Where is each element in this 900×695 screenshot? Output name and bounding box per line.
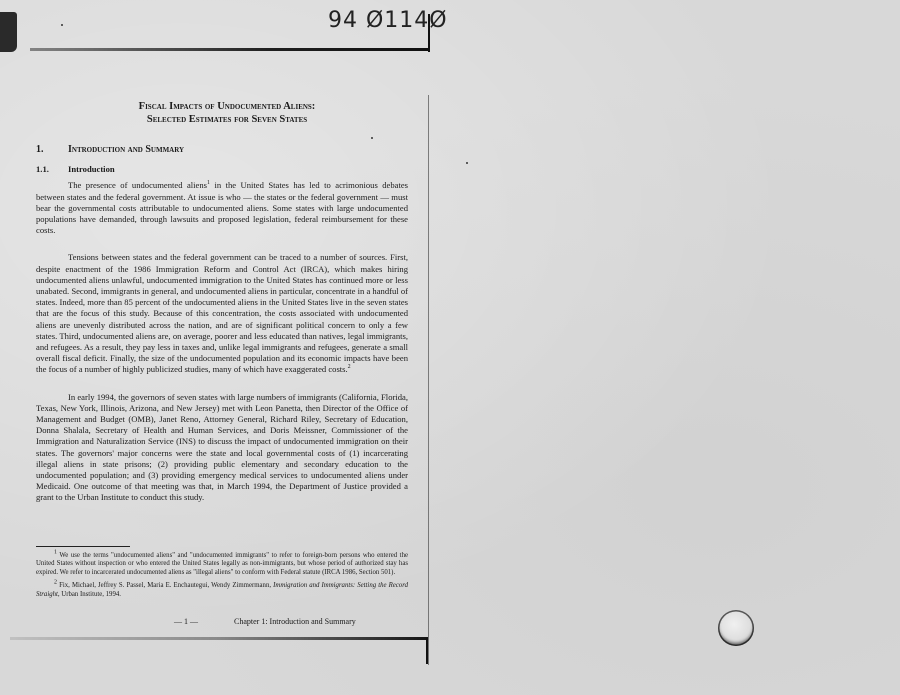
document-page: Fiscal Impacts of Undocumented Aliens: S… (36, 100, 408, 627)
section-title: Introduction and Summary (68, 144, 184, 155)
footnote-reference: 2 (348, 365, 351, 371)
title-line-2: Selected Estimates for Seven States (46, 113, 408, 126)
paragraph-1: The presence of undocumented aliens1 in … (36, 180, 408, 236)
section-number: 1. (36, 144, 68, 155)
scan-speck (61, 24, 63, 26)
subsection-title: Introduction (68, 164, 115, 175)
crop-mark-bottom-right (426, 638, 428, 664)
footnote-2: 2 Fix, Michael, Jeffrey S. Passel, Maria… (36, 582, 408, 599)
scan-speck (466, 162, 468, 164)
punch-hole (718, 610, 754, 646)
footnote-separator (36, 546, 130, 547)
title-line-1: Fiscal Impacts of Undocumented Aliens: (46, 100, 408, 113)
footnote-1: 1 We use the terms "undocumented aliens"… (36, 552, 408, 578)
subsection-number: 1.1. (36, 164, 68, 175)
paragraph-2: Tensions between states and the federal … (36, 252, 408, 375)
page-edge-line (428, 95, 429, 665)
subsection-heading: 1.1. Introduction (36, 164, 408, 175)
document-title: Fiscal Impacts of Undocumented Aliens: S… (46, 100, 408, 126)
paragraph-text: The presence of undocumented aliens (68, 180, 207, 190)
section-heading: 1. Introduction and Summary (36, 144, 408, 155)
page-number: — 1 — (174, 616, 234, 627)
paragraph-text: In early 1994, the governors of seven st… (36, 392, 408, 503)
handwritten-document-id: 94 Ø114Ø (328, 8, 448, 33)
crop-mark-bottom (10, 637, 428, 640)
footnote-text: Fix, Michael, Jeffrey S. Passel, Maria E… (57, 582, 273, 589)
chapter-label: Chapter 1: Introduction and Summary (234, 616, 356, 627)
page-footer: — 1 — Chapter 1: Introduction and Summar… (36, 616, 408, 627)
footnote-text: , Urban Institute, 1994. (58, 591, 121, 598)
crop-mark-top (30, 48, 430, 51)
scan-artifact (0, 12, 17, 52)
paragraph-text: Tensions between states and the federal … (36, 252, 408, 374)
paragraph-3: In early 1994, the governors of seven st… (36, 392, 408, 504)
footnote-text: We use the terms "undocumented aliens" a… (36, 552, 408, 576)
